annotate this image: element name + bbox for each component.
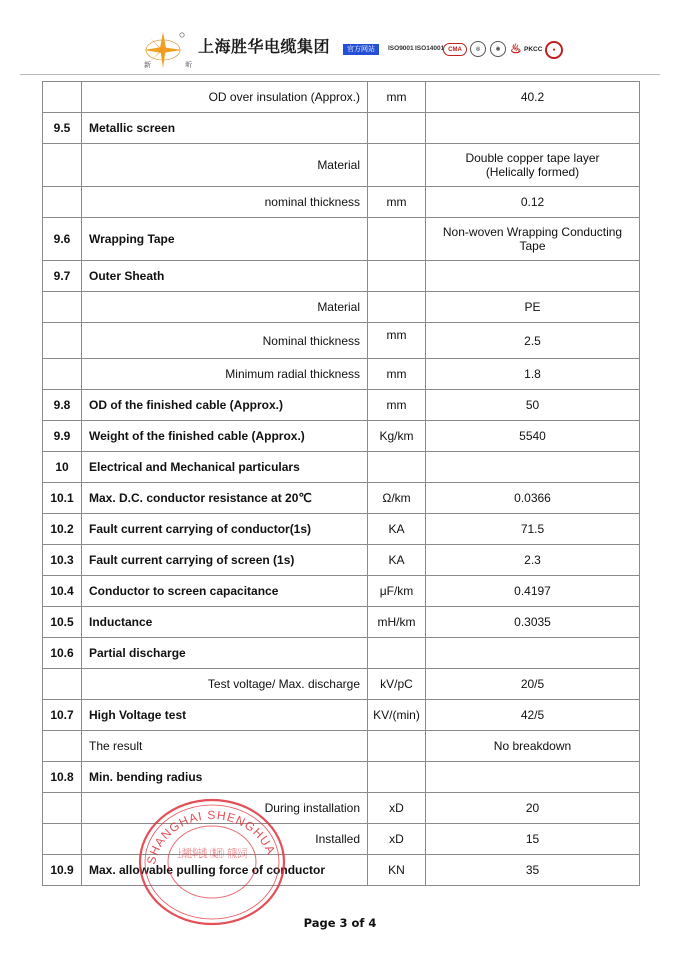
item-description: Fault current carrying of conductor(1s) <box>82 514 368 545</box>
item-value: 5540 <box>426 421 640 452</box>
letterhead: 新 昕 上海胜华电缆集团 官方网站 ISO9001 ISO14001 CMA ◎… <box>0 0 680 74</box>
item-unit: xD <box>368 824 426 855</box>
item-value: 20/5 <box>426 669 640 700</box>
item-value: 0.12 <box>426 187 640 218</box>
item-value: 2.3 <box>426 545 640 576</box>
logo-caption: 新 昕 <box>144 60 208 70</box>
item-number: 10.5 <box>43 607 82 638</box>
item-value <box>426 261 640 292</box>
item-description: Outer Sheath <box>82 261 368 292</box>
item-unit: mH/km <box>368 607 426 638</box>
item-description: Max. allowable pulling force of conducto… <box>82 855 368 886</box>
table-row: 10.8Min. bending radius <box>43 762 640 793</box>
table-row: 10.2Fault current carrying of conductor(… <box>43 514 640 545</box>
specification-table: OD over insulation (Approx.)mm40.29.5Met… <box>42 81 640 886</box>
item-description: Max. D.C. conductor resistance at 20℃ <box>82 483 368 514</box>
item-number <box>43 292 82 323</box>
cert-badge-icon: ◉ <box>490 41 506 57</box>
table-row: 9.5Metallic screen <box>43 113 640 144</box>
item-value: 0.0366 <box>426 483 640 514</box>
item-unit: KA <box>368 545 426 576</box>
item-number: 10 <box>43 452 82 483</box>
item-description: During installation <box>82 793 368 824</box>
item-value <box>426 452 640 483</box>
item-value: 20 <box>426 793 640 824</box>
cert-seal-icon: ◎ <box>470 41 486 57</box>
cert-pkcc: PKCC <box>524 41 542 57</box>
item-number <box>43 82 82 113</box>
item-number: 10.6 <box>43 638 82 669</box>
item-number: 9.6 <box>43 218 82 261</box>
table-row: OD over insulation (Approx.)mm40.2 <box>43 82 640 113</box>
cert-iso14001: ISO14001 <box>415 45 444 52</box>
item-number: 10.4 <box>43 576 82 607</box>
item-description: Material <box>82 292 368 323</box>
item-description: Test voltage/ Max. discharge <box>82 669 368 700</box>
item-value: 1.8 <box>426 359 640 390</box>
table-row: 10Electrical and Mechanical particulars <box>43 452 640 483</box>
item-unit: mm <box>368 187 426 218</box>
item-value: 71.5 <box>426 514 640 545</box>
item-number <box>43 144 82 187</box>
company-name: 上海胜华电缆集团 <box>198 34 330 57</box>
item-value <box>426 762 640 793</box>
item-unit <box>368 113 426 144</box>
table-row: 10.1Max. D.C. conductor resistance at 20… <box>43 483 640 514</box>
item-number: 10.1 <box>43 483 82 514</box>
table-row: 9.6Wrapping TapeNon-woven Wrapping Condu… <box>43 218 640 261</box>
item-unit <box>368 638 426 669</box>
item-unit: Kg/km <box>368 421 426 452</box>
item-number: 10.3 <box>43 545 82 576</box>
table-row: nominal thicknessmm0.12 <box>43 187 640 218</box>
item-description: nominal thickness <box>82 187 368 218</box>
item-unit: KA <box>368 514 426 545</box>
item-description: Fault current carrying of screen (1s) <box>82 545 368 576</box>
item-description: Nominal thickness <box>82 323 368 359</box>
page-number: Page 3 of 4 <box>0 916 680 930</box>
item-description: Wrapping Tape <box>82 218 368 261</box>
item-number <box>43 187 82 218</box>
item-value: PE <box>426 292 640 323</box>
item-unit: Ω/km <box>368 483 426 514</box>
item-number <box>43 669 82 700</box>
table-row: 9.8OD of the finished cable (Approx.)mm5… <box>43 390 640 421</box>
table-row: MaterialPE <box>43 292 640 323</box>
item-description: OD of the finished cable (Approx.) <box>82 390 368 421</box>
item-value: Non-woven Wrapping Conducting Tape <box>426 218 640 261</box>
item-number: 10.8 <box>43 762 82 793</box>
item-description: Minimum radial thickness <box>82 359 368 390</box>
table-row: 10.3Fault current carrying of screen (1s… <box>43 545 640 576</box>
item-number: 9.5 <box>43 113 82 144</box>
item-number: 9.7 <box>43 261 82 292</box>
item-value: 0.3035 <box>426 607 640 638</box>
item-description: Weight of the finished cable (Approx.) <box>82 421 368 452</box>
item-number <box>43 323 82 359</box>
table-row: 10.9Max. allowable pulling force of cond… <box>43 855 640 886</box>
item-number: 10.7 <box>43 700 82 731</box>
table-row: 9.7Outer Sheath <box>43 261 640 292</box>
item-number: 9.9 <box>43 421 82 452</box>
item-unit: μF/km <box>368 576 426 607</box>
table-row: 10.7High Voltage testKV/(min)42/5 <box>43 700 640 731</box>
item-value: 15 <box>426 824 640 855</box>
table-row: InstalledxD15 <box>43 824 640 855</box>
item-description: Electrical and Mechanical particulars <box>82 452 368 483</box>
official-site-link[interactable]: 官方网站 <box>343 44 379 55</box>
item-description: Inductance <box>82 607 368 638</box>
item-number: 9.8 <box>43 390 82 421</box>
item-value: Double copper tape layer (Helically form… <box>426 144 640 187</box>
item-unit: KN <box>368 855 426 886</box>
table-row: The resultNo breakdown <box>43 731 640 762</box>
table-row: Test voltage/ Max. dischargekV/pC20/5 <box>43 669 640 700</box>
item-description: High Voltage test <box>82 700 368 731</box>
item-number <box>43 359 82 390</box>
table-row: 10.4Conductor to screen capacitanceμF/km… <box>43 576 640 607</box>
header-divider <box>20 74 660 75</box>
item-unit <box>368 731 426 762</box>
table-row: Nominal thicknessmm2.5 <box>43 323 640 359</box>
item-description: Metallic screen <box>82 113 368 144</box>
item-number <box>43 793 82 824</box>
item-unit: xD <box>368 793 426 824</box>
table-row: 9.9Weight of the finished cable (Approx.… <box>43 421 640 452</box>
item-unit <box>368 144 426 187</box>
item-value: 35 <box>426 855 640 886</box>
item-value: No breakdown <box>426 731 640 762</box>
item-description: Installed <box>82 824 368 855</box>
item-unit <box>368 452 426 483</box>
item-value <box>426 638 640 669</box>
item-unit <box>368 218 426 261</box>
item-description: The result <box>82 731 368 762</box>
item-value: 40.2 <box>426 82 640 113</box>
cert-ring-icon: ● <box>545 41 563 59</box>
table-row: Minimum radial thicknessmm1.8 <box>43 359 640 390</box>
item-value <box>426 113 640 144</box>
item-unit: mm <box>368 390 426 421</box>
item-description: OD over insulation (Approx.) <box>82 82 368 113</box>
item-unit: KV/(min) <box>368 700 426 731</box>
item-value: 0.4197 <box>426 576 640 607</box>
item-number: 10.2 <box>43 514 82 545</box>
item-number <box>43 731 82 762</box>
item-description: Min. bending radius <box>82 762 368 793</box>
flame-logo-icon: ♨ <box>510 41 522 57</box>
item-value: 50 <box>426 390 640 421</box>
item-value: 2.5 <box>426 323 640 359</box>
item-number: 10.9 <box>43 855 82 886</box>
item-unit: mm <box>368 82 426 113</box>
item-unit: mm <box>368 359 426 390</box>
item-number <box>43 824 82 855</box>
cert-cma-icon: CMA <box>443 43 467 56</box>
item-description: Conductor to screen capacitance <box>82 576 368 607</box>
item-unit <box>368 762 426 793</box>
item-unit <box>368 292 426 323</box>
table-row: MaterialDouble copper tape layer (Helica… <box>43 144 640 187</box>
item-description: Material <box>82 144 368 187</box>
item-description: Partial discharge <box>82 638 368 669</box>
item-value: 42/5 <box>426 700 640 731</box>
item-unit: mm <box>368 323 426 359</box>
cert-iso9001: ISO9001 <box>388 45 414 52</box>
table-row: 10.6Partial discharge <box>43 638 640 669</box>
item-unit: kV/pC <box>368 669 426 700</box>
item-unit <box>368 261 426 292</box>
table-row: During installationxD20 <box>43 793 640 824</box>
table-row: 10.5InductancemH/km0.3035 <box>43 607 640 638</box>
